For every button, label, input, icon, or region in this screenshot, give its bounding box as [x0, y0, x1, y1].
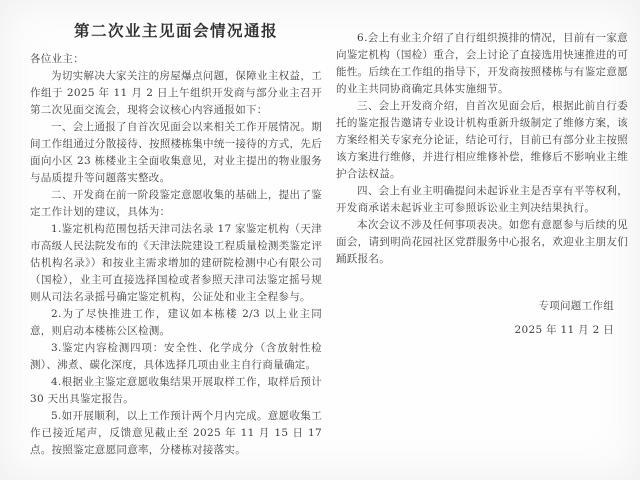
paragraph-item-5: 5.如开展顺利，以上工作预计两个月内完成。意愿收集工作已接近尾声，反馈意见截止至…: [30, 408, 322, 459]
paragraph-intro: 为切实解决大家关注的房屋爆点问题，保障业主权益，工作组于 2025 年 11 月…: [30, 68, 322, 119]
right-column: 6.会上有业主介绍了自行组织摸排的情况，目前有一家意向鉴定机构（国检）重合，会上…: [336, 30, 628, 342]
paragraph-item-4: 4.根据业主鉴定意愿收集结果开展取样工作，取样后预计 30 天出具鉴定报告。: [30, 374, 322, 408]
paragraph-section-2: 二、开发商在前一阶段鉴定意愿收集的基础上，提出了鉴定工作计划的建议，具体为：: [30, 187, 322, 221]
paragraph-item-2: 2.为了尽快推进工作，建议如本栋楼 2/3 以上业主同意，则启动本楼栋公区检测。: [30, 306, 322, 340]
paragraph-section-4: 四、会上有业主明确提问未起诉业主是否享有平等权利，开发商承诺未起诉业主可参照诉讼…: [336, 183, 628, 217]
paragraph-item-3: 3.鉴定内容检测四项：安全性、化学成分（含放射性检测）、沸煮、碳化深度，具体选择…: [30, 340, 322, 374]
signature-date: 2025 年 11 月 2 日: [336, 318, 614, 342]
paragraph-item-6: 6.会上有业主介绍了自行组织摸排的情况，目前有一家意向鉴定机构（国检）重合，会上…: [336, 30, 628, 98]
paragraph-closing: 本次会议不涉及任何事项表决。如您有意愿参与后续的见面会，请到明尚花园社区党群服务…: [336, 217, 628, 268]
document-title: 第二次业主见面会情况通报: [30, 22, 322, 39]
signature-block: 专项问题工作组 2025 年 11 月 2 日: [336, 294, 628, 342]
signature-org: 专项问题工作组: [336, 294, 614, 318]
paragraph-section-1: 一、会上通报了自首次见面会以来相关工作开展情况。期间工作组通过分散接待、按照楼栋…: [30, 119, 322, 187]
left-column: 第二次业主见面会情况通报 各位业主： 为切实解决大家关注的房屋爆点问题，保障业主…: [30, 22, 322, 459]
paragraph-section-3: 三、会上开发商介绍，自首次见面会后，根据此前自行委托的鉴定报告邀请专业设计机构重…: [336, 98, 628, 183]
salutation: 各位业主：: [30, 51, 322, 68]
document-page: 第二次业主见面会情况通报 各位业主： 为切实解决大家关注的房屋爆点问题，保障业主…: [0, 0, 640, 480]
paragraph-item-1: 1.鉴定机构范围包括天津司法名录 17 家鉴定机构（天津市高级人民法院发布的《天…: [30, 221, 322, 306]
